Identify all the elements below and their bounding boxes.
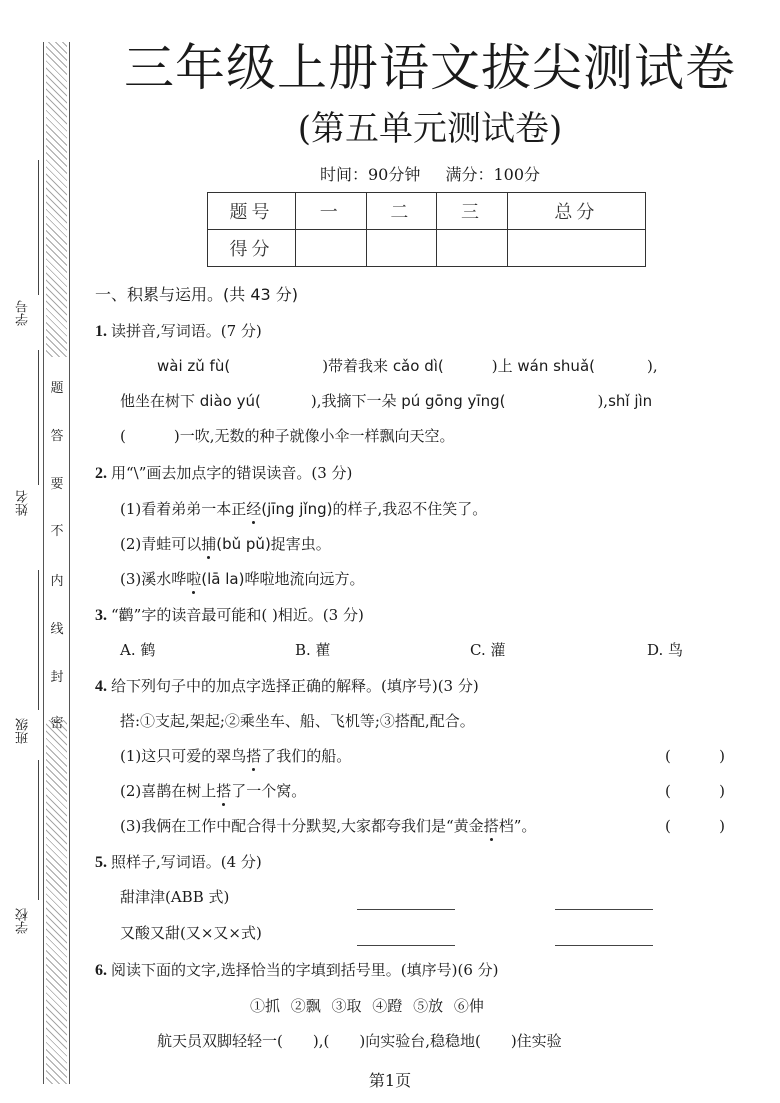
student-name-field[interactable]: 姓名 [14, 350, 42, 530]
student-id-line[interactable] [38, 160, 39, 295]
question-3-prompt: 3.“鹳”字的读音最可能和( )相近。(3 分) [95, 604, 364, 627]
text: 哗啦地流向远方。 [244, 570, 364, 588]
text: (1)看着弟弟一本正 [120, 500, 246, 518]
question-5-item-1: 甜津津(ABB 式) [120, 886, 229, 908]
question-text: 给下列句子中的加点字选择正确的解释。(填序号)(3 分) [111, 677, 479, 695]
question-1-line-2: 他坐在树下 diào yú(),我摘下一朵 pú gōng yīng(),shǐ… [120, 390, 652, 412]
pinyin: diào yú( [200, 392, 261, 410]
text: )带着我来 [322, 357, 393, 375]
score-cell-1[interactable] [296, 230, 367, 267]
exam-time: 时间：90分钟 [320, 165, 420, 184]
answer-line[interactable] [357, 909, 455, 910]
student-name-label: 姓名 [14, 490, 38, 516]
question-text: 读拼音,写词语。(7 分) [111, 322, 262, 340]
page-title: 三年级上册语文拔尖测试卷 [90, 38, 770, 98]
page-subtitle: (第五单元测试卷) [90, 105, 770, 153]
pinyin-options[interactable]: (lā la) [201, 570, 244, 588]
dotted-char: 捕 [201, 535, 216, 553]
seal-char: 封 [48, 666, 66, 685]
text: )上 [492, 357, 518, 375]
pinyin-options[interactable]: (jīng jǐng) [261, 500, 332, 518]
score-header-cell: 三 [437, 193, 508, 230]
score-header-cell: 题号 [208, 193, 296, 230]
text: 航天员双脚轻轻一( [157, 1032, 283, 1050]
pinyin: cǎo dì( [393, 357, 444, 375]
question-4-item-2: (2)喜鹊在树上搭了一个窝。 [120, 780, 306, 802]
question-number: 2. [95, 465, 107, 482]
student-id-label: 学号 [14, 300, 38, 326]
question-number: 4. [95, 678, 107, 695]
text: ), [647, 357, 658, 375]
text: 档”。 [499, 817, 537, 835]
binding-rule-outer [43, 42, 44, 1084]
option-d[interactable]: D. 鸟 [647, 639, 683, 660]
section-title: 一、积累与运用。(共 43 分) [95, 284, 298, 306]
score-header-cell: 总分 [507, 193, 645, 230]
question-4-item-1: (1)这只可爱的翠鸟搭了我们的船。 [120, 745, 351, 767]
seal-char: 密 [48, 712, 66, 731]
seal-char: 不 [48, 520, 66, 539]
binding-rule-inner [69, 42, 70, 1084]
question-2-prompt: 2.用“\”画去加点字的错误读音。(3 分) [95, 462, 352, 485]
question-5-item-2: 又酸又甜(又×又×式) [120, 922, 262, 944]
score-header-cell: 二 [366, 193, 437, 230]
score-cell-3[interactable] [437, 230, 508, 267]
dotted-char: 搭 [216, 782, 231, 800]
dotted-char: 搭 [484, 817, 499, 835]
seal-char: 答 [48, 425, 66, 444]
question-2-item-1: (1)看着弟弟一本正经(jīng jǐng)的样子,我忍不住笑了。 [120, 498, 487, 520]
answer-line[interactable] [555, 909, 653, 910]
hatch-pattern-bottom [46, 720, 67, 1084]
score-cell-total[interactable] [507, 230, 645, 267]
school-line[interactable] [38, 760, 39, 900]
question-2-item-2: (2)青蛙可以捕(bǔ pǔ)捉害虫。 [120, 533, 331, 555]
option-b[interactable]: B. 雚 [295, 639, 331, 660]
option-a[interactable]: A. 鹤 [120, 639, 155, 660]
question-number: 3. [95, 607, 107, 624]
seal-char: 要 [48, 473, 66, 492]
question-text: 用“\”画去加点字的错误读音。(3 分) [111, 464, 352, 482]
question-number: 6. [95, 962, 107, 979]
text: (2)青蛙可以 [120, 535, 201, 553]
text: ( [120, 427, 126, 445]
text: ),( [313, 1032, 329, 1050]
pinyin: pú gōng yīng( [401, 392, 505, 410]
question-5-prompt: 5.照样子,写词语。(4 分) [95, 851, 262, 874]
answer-line[interactable] [555, 945, 653, 946]
question-text: 照样子,写词语。(4 分) [111, 853, 262, 871]
score-table-header-row: 题号 一 二 三 总分 [208, 193, 646, 230]
question-6-prompt: 6.阅读下面的文字,选择恰当的字填到括号里。(填序号)(6 分) [95, 959, 499, 982]
question-4-prompt: 4.给下列句子中的加点字选择正确的解释。(填序号)(3 分) [95, 675, 479, 698]
school-label: 学校 [14, 908, 38, 934]
text: )向实验台,稳稳地( [359, 1032, 480, 1050]
question-number: 5. [95, 854, 107, 871]
text: 他坐在树下 [120, 392, 200, 410]
question-4-definition: 搭:①支起,架起;②乘坐车、船、飞机等;③搭配,配合。 [120, 710, 475, 732]
text: 的样子,我忍不住笑了。 [332, 500, 487, 518]
text: (1)这只可爱的翠鸟 [120, 747, 246, 765]
text: )一吹,无数的种子就像小伞一样飘向天空。 [174, 427, 455, 445]
dotted-char: 啦 [186, 570, 201, 588]
text: )住实验 [511, 1032, 562, 1050]
score-cell-2[interactable] [366, 230, 437, 267]
question-text: 阅读下面的文字,选择恰当的字填到括号里。(填序号)(6 分) [111, 961, 499, 979]
exam-meta: 时间：90分钟 满分：100分 [90, 162, 770, 185]
question-6-passage: 航天员双脚轻轻一(),()向实验台,稳稳地()住实验 [157, 1030, 562, 1052]
page-number: 第1页 [0, 1068, 780, 1091]
text: 了我们的船。 [261, 747, 351, 765]
pinyin: wán shuǎ( [517, 357, 595, 375]
dotted-char: 搭 [246, 747, 261, 765]
option-c[interactable]: C. 灌 [470, 639, 505, 660]
student-id-field[interactable]: 学号 [14, 160, 42, 335]
question-1-line-3: ()一吹,无数的种子就像小伞一样飘向天空。 [120, 425, 454, 447]
class-line[interactable] [38, 570, 39, 710]
question-2-item-3: (3)溪水哗啦(lā la)哗啦地流向远方。 [120, 568, 364, 590]
pinyin: wài zǔ fù( [157, 357, 230, 375]
school-field[interactable]: 学校 [14, 760, 42, 950]
text: 捉害虫。 [271, 535, 331, 553]
dotted-char: 经 [246, 500, 261, 518]
answer-line[interactable] [357, 945, 455, 946]
question-text: “鹳”字的读音最可能和( )相近。(3 分) [111, 606, 364, 624]
binding-margin: 题 答 要 不 内 线 封 密 学号 姓名 班级 学校 [0, 0, 90, 1103]
text: (2)喜鹊在树上 [120, 782, 216, 800]
seal-char: 线 [48, 618, 66, 637]
text: 了一个窝。 [231, 782, 306, 800]
class-label: 班级 [14, 718, 38, 744]
text: ), [597, 392, 608, 410]
text: (3)我俩在工作中配合得十分默契,大家都夸我们是“黄金 [120, 817, 484, 835]
text: ),我摘下一朵 [311, 392, 401, 410]
hatch-pattern-top [46, 42, 67, 357]
question-1-line-1: wài zǔ fù()带着我来 cǎo dì()上 wán shuǎ(), [157, 355, 658, 377]
text: (3)溪水哗 [120, 570, 186, 588]
score-header-cell: 一 [296, 193, 367, 230]
question-1-prompt: 1.读拼音,写词语。(7 分) [95, 320, 262, 343]
question-4-item-3: (3)我俩在工作中配合得十分默契,大家都夸我们是“黄金搭档”。 [120, 815, 536, 837]
question-number: 1. [95, 323, 107, 340]
pinyin-options[interactable]: (bǔ pǔ) [216, 535, 271, 553]
student-name-line[interactable] [38, 350, 39, 485]
seal-char: 题 [48, 377, 66, 396]
score-table-value-row: 得分 [208, 230, 646, 267]
seal-char: 内 [48, 570, 66, 589]
question-6-choices: ①抓 ②飘 ③取 ④蹬 ⑤放 ⑥伸 [250, 995, 484, 1017]
score-row-label: 得分 [208, 230, 296, 267]
class-field[interactable]: 班级 [14, 570, 42, 755]
score-table: 题号 一 二 三 总分 得分 [207, 192, 646, 267]
exam-full-score: 满分：100分 [445, 165, 540, 184]
pinyin: shǐ jìn [608, 392, 652, 410]
